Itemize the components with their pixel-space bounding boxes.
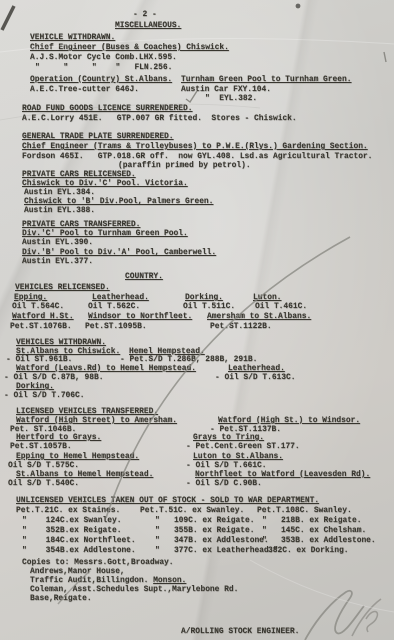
section-heading-road-fund: ROAD FUND GOODS LICENCE SURRENDERED. bbox=[22, 104, 192, 113]
transfer-heading: Epping to Hemel Hempstead. bbox=[16, 452, 139, 461]
vehicle-entry: - Oil S/D T.661C. bbox=[186, 461, 267, 470]
vehicle-entry: Oil T.562C. bbox=[88, 302, 140, 311]
table-cell: " 145C. ex Chelsham. bbox=[262, 526, 366, 535]
vehicle-entry: - Oil S/D T.613C. bbox=[215, 373, 296, 382]
subheading-operation-country: Operation (Country) St.Albans. bbox=[30, 75, 172, 84]
document-page: - 2 - MISCELLANEOUS. VEHICLE WITHDRAWN. … bbox=[0, 0, 394, 640]
subheading-turnham-green: Turnham Green Pool to Turnham Green. bbox=[181, 75, 351, 84]
table-cell: " 347B. ex Addlestone. bbox=[155, 536, 269, 545]
copies-line: Base,Reigate. bbox=[30, 594, 92, 603]
copies-line: Coleman, Asst.Schedules Supt.,Marylebone… bbox=[30, 585, 238, 594]
handwritten-signature bbox=[366, 611, 377, 632]
transfer-heading: Div.'B' Pool to Div.'A' Pool, Camberwell… bbox=[22, 248, 216, 257]
ink-speck bbox=[296, 4, 301, 9]
copies-line: Copies to: Messrs.Gott,Broadway. bbox=[22, 558, 174, 567]
paper-crease bbox=[250, 560, 394, 612]
transfer-heading: Chiswick to 'B' Div.Pool, Palmers Green. bbox=[24, 197, 213, 206]
vehicle-entry: A.J.S.Motor Cycle Comb.LHX.595. bbox=[30, 53, 177, 62]
transfer-heading: Chiswick to Div.'C' Pool. Victoria. bbox=[22, 179, 188, 188]
table-cell: Pet.T.21C. ex Staines. bbox=[16, 506, 120, 515]
garage-heading: Amersham to St.Albans. bbox=[207, 312, 311, 321]
vehicle-entry: - Oil S/D C.90B. bbox=[186, 479, 262, 488]
table-cell: " 354B.ex Addlestone. bbox=[22, 546, 136, 555]
subheading-chiswick: Chief Engineer (Buses & Coaches) Chiswic… bbox=[30, 43, 229, 52]
garage-heading: Leatherhead. bbox=[228, 364, 285, 373]
copies-line-text: Traffic Audit,Billingdon. bbox=[30, 576, 148, 585]
garage-heading: Leatherhead. bbox=[92, 293, 149, 302]
page-number: - 2 - bbox=[133, 10, 157, 19]
garage-heading: Dorking. bbox=[185, 293, 223, 302]
table-cell: " 109C. ex Reigate. bbox=[155, 516, 254, 525]
transfer-heading: Luton to St.Albans. bbox=[193, 452, 283, 461]
vehicle-entry: Oil T.511C. bbox=[183, 302, 235, 311]
vehicle-entry: Oil S/D T.540C. bbox=[8, 479, 79, 488]
handwritten-signature bbox=[305, 591, 364, 640]
vehicle-entry: A.E.C.Tree-cutter 646J. bbox=[30, 85, 139, 94]
transfer-heading: Grays to Tring. bbox=[193, 433, 264, 442]
table-cell: " 353B. ex Addlestone. bbox=[262, 536, 376, 545]
vehicle-entry: - Pet.S/D T.286B, 288B, 291B. bbox=[120, 355, 257, 364]
section-heading-vehicles-withdrawn: VEHICLES WITHDRAWN. bbox=[16, 338, 106, 347]
section-heading-licensed-transferred: LICENSED VEHICLES TRANSFERRED. bbox=[16, 407, 158, 416]
ink-smudge bbox=[2, 6, 14, 30]
garage-heading: Windsor to Northfleet. bbox=[88, 312, 192, 321]
vehicle-entry: Oil T.461C. bbox=[255, 302, 307, 311]
vehicle-entry: " " " " FLN.256. bbox=[35, 63, 172, 72]
vehicle-entry: Pet.ST.1122B. bbox=[210, 322, 272, 331]
section-heading-trade-plate: GENERAL TRADE PLATE SURRENDERED. bbox=[22, 132, 174, 141]
section-heading-country: COUNTRY. bbox=[125, 272, 163, 281]
vehicle-entry: Austin EYL.377. bbox=[22, 257, 93, 266]
table-cell: Pet.T.108C. Swanley. bbox=[257, 506, 352, 515]
vehicle-entry: Austin EYL.390. bbox=[22, 238, 93, 247]
transfer-heading: Watford (High Street) to Amersham. bbox=[16, 416, 177, 425]
vehicle-entry: Oil S/D T.575C. bbox=[8, 461, 79, 470]
garage-heading: Epping. bbox=[14, 293, 47, 302]
section-heading-vehicle-withdrawn: VEHICLE WITHDRAWN. bbox=[30, 33, 115, 42]
section-heading-cars-relicensed: PRIVATE CARS RELICENSED. bbox=[22, 170, 136, 179]
vehicle-entry: - Oil S/D C.87B, 98B. bbox=[4, 373, 103, 382]
copies-line: Traffic Audit,Billingdon. Monson. bbox=[30, 576, 186, 585]
vehicle-entry: Fordson 465I. GTP.018.GR off. now GYL.40… bbox=[22, 152, 372, 161]
vehicle-entry-note: (paraffin primed by petrol). bbox=[118, 161, 251, 170]
garage-heading: Watford H.St. bbox=[12, 312, 74, 321]
copies-line: Andrews,Manor House, bbox=[30, 567, 125, 576]
section-heading-vehicles-relicensed: VEHICLES RELICENSED. bbox=[15, 283, 110, 292]
table-cell: " 355B. ex Reigate. bbox=[155, 526, 254, 535]
garage-heading: Luton. bbox=[253, 293, 281, 302]
transfer-heading: Watford (High St.) to Windsor. bbox=[218, 416, 360, 425]
vehicle-entry: Pet.ST.1076B. bbox=[10, 322, 72, 331]
subheading-trade-plate: Chief Engineer (Trams & Trolleybuses) to… bbox=[22, 142, 368, 151]
table-cell: Pet.T.51C. ex Swanley. bbox=[140, 506, 244, 515]
vehicle-entry: Pet.ST.1057B. bbox=[10, 442, 72, 451]
transfer-heading: Northfleet to Watford (Leavesden Rd). bbox=[195, 470, 370, 479]
table-cell: " 124C.ex Swanley. bbox=[22, 516, 121, 525]
table-cell: " 218B. ex Reigate. bbox=[262, 516, 361, 525]
vehicle-entry: Austin Car FXY.104. bbox=[181, 85, 271, 94]
table-cell: " 184C.ex Northfleet. bbox=[22, 536, 136, 545]
transfer-heading: Watford (Leavs.Rd) to Hemel Hempstead. bbox=[16, 364, 196, 373]
pencil-mark bbox=[384, 52, 386, 62]
vehicle-entry: - Oil ST.961B. bbox=[6, 355, 72, 364]
section-heading-cars-transferred: PRIVATE CARS TRANSFERRED. bbox=[22, 220, 140, 229]
vehicle-entry: " EYL.382. bbox=[205, 94, 257, 103]
copies-line-underlined: Monson. bbox=[153, 576, 186, 585]
handwritten-signature bbox=[352, 599, 381, 636]
vehicle-entry: A.E.C.Lorry 451E. GTP.007 GR fitted. Sto… bbox=[22, 114, 297, 123]
garage-heading: Dorking. bbox=[16, 382, 54, 391]
table-cell: 382C. ex Dorking. bbox=[268, 546, 349, 555]
transfer-heading: St.Albans to Hemel Hempstead. bbox=[16, 470, 153, 479]
vehicle-entry: Austin EYL.384. bbox=[24, 188, 95, 197]
transfer-heading: Div.'C' Pool to Turnham Green Pool. bbox=[22, 229, 188, 238]
vehicle-entry: Oil T.564C. bbox=[12, 302, 64, 311]
signature-title: A/ROLLING STOCK ENGINEER. bbox=[181, 627, 299, 636]
page-title: MISCELLANEOUS. bbox=[115, 21, 181, 30]
table-cell: " 377C. ex Leatherhead." bbox=[155, 546, 278, 555]
table-cell: " 352B.ex Reigate. bbox=[22, 526, 121, 535]
section-heading-sold-war-dept: UNLICENSED VEHICLES TAKEN OUT OF STOCK -… bbox=[16, 496, 319, 505]
transfer-heading: Hertford to Grays. bbox=[16, 433, 101, 442]
vehicle-entry: - Oil S/D T.706C. bbox=[4, 391, 85, 400]
vehicle-entry: Pet.ST.1095B. bbox=[85, 322, 147, 331]
vehicle-entry: - Pet.Cent.Green ST.177. bbox=[186, 442, 300, 451]
vehicle-entry: Austin EYL.388. bbox=[24, 206, 95, 215]
